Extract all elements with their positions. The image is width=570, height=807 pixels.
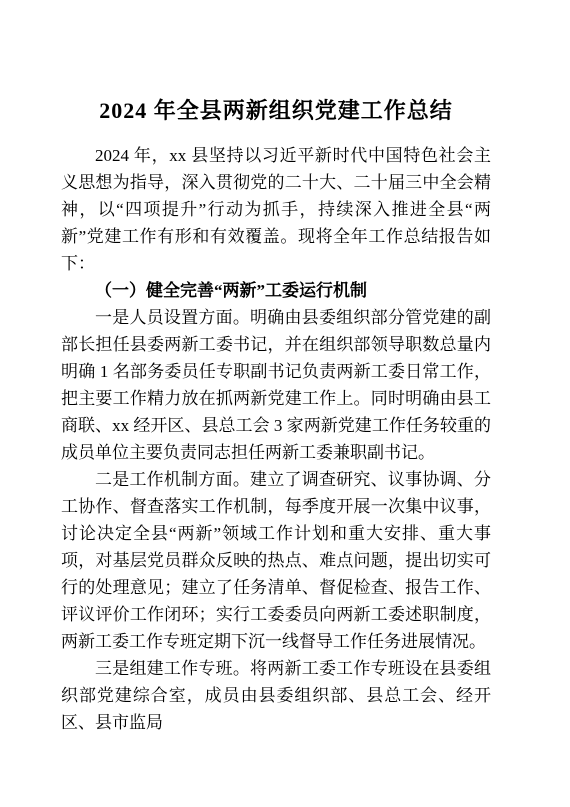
document-body: 2024 年，xx 县坚持以习近平新时代中国特色社会主义思想为指导，深入贯彻党的… [61,142,491,736]
document-title: 2024 年全县两新组织党建工作总结 [61,96,491,126]
body-paragraph: 二是工作机制方面。建立了调查研究、议事协调、分工协作、督查落实工作机制，每季度开… [61,466,491,655]
body-paragraph: 一是人员设置方面。明确由县委组织部分管党建的副部长担任县委两新工委书记，并在组织… [61,304,491,466]
document-page: 2024 年全县两新组织党建工作总结 2024 年，xx 县坚持以习近平新时代中… [0,0,570,807]
body-paragraph: 三是组建工作专班。将两新工委工作专班设在县委组织部党建综合室，成员由县委组织部、… [61,655,491,736]
body-paragraph: 2024 年，xx 县坚持以习近平新时代中国特色社会主义思想为指导，深入贯彻党的… [61,142,491,277]
section-heading: （一）健全完善“两新”工委运行机制 [61,277,491,304]
